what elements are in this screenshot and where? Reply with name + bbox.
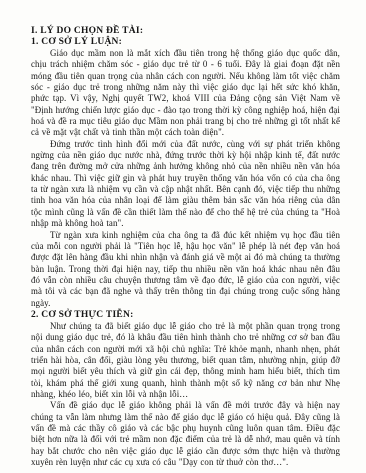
paragraph-ly-luan-3: Từ ngàn xưa kinh nghiệm của cha ông ta đ… — [31, 230, 340, 309]
subsection-title-co-so-thuc-tien: 2. CƠ SỞ THỰC TIỄN: — [31, 310, 340, 320]
paragraph-ly-luan-2: Đứng trước tình hình đổi mới của đất nướ… — [31, 139, 340, 230]
paragraph-thuc-tien-1: Như chúng ta đã biết giáo dục lễ giáo ch… — [31, 321, 340, 400]
document-page: I. LÝ DO CHỌN ĐỀ TÀI: 1. CƠ SỞ LÝ LUẬN: … — [0, 0, 366, 473]
paragraph-thuc-tien-2: Vấn đề giáo dục lễ giáo không phải là vấ… — [31, 400, 340, 468]
section-title-ly-do-chon-de-tai: I. LÝ DO CHỌN ĐỀ TÀI: — [31, 26, 340, 36]
paragraph-ly-luan-1: Giáo dục mầm non là mắt xích đầu tiên tr… — [31, 48, 340, 139]
subsection-title-co-so-ly-luan: 1. CƠ SỞ LÝ LUẬN: — [31, 37, 340, 47]
